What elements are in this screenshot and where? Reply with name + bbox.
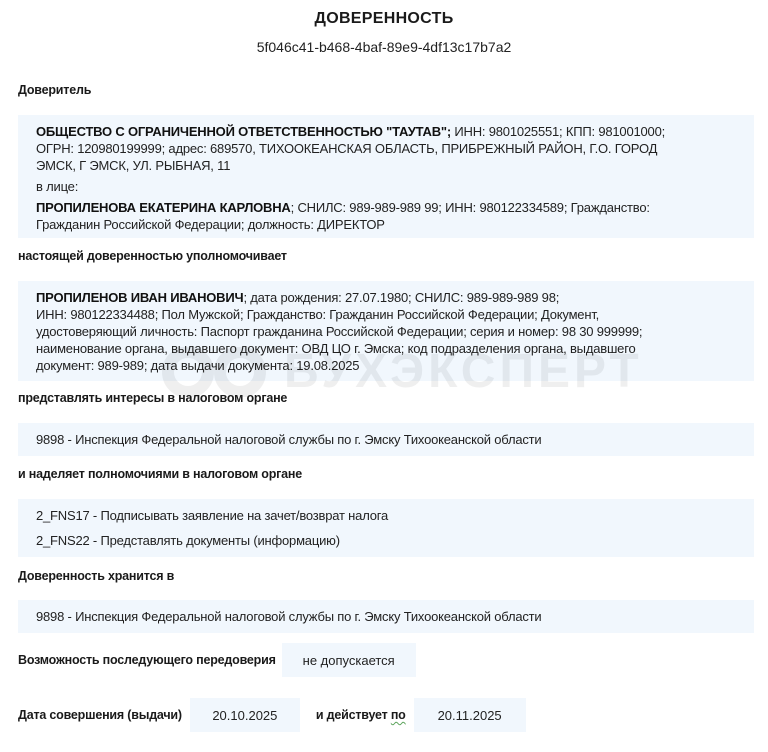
document-id: 5f046c41-b468-4baf-89e9-4df13c17b7a2	[0, 39, 768, 55]
power-item: 2_FNS22 - Представлять документы (информ…	[36, 532, 736, 549]
represent-authority: 9898 - Инспекция Федеральной налоговой с…	[36, 431, 736, 448]
valid-until-label-suffix: по	[391, 708, 406, 722]
principal-org-line: ОБЩЕСТВО С ОГРАНИЧЕННОЙ ОТВЕТСТВЕННОСТЬЮ…	[36, 123, 736, 140]
valid-until-label-prefix: и действует	[316, 708, 391, 722]
representative-line: ПРОПИЛЕНОВ ИВАН ИВАНОВИЧ; дата рождения:…	[36, 289, 736, 306]
powers-box: 2_FNS17 - Подписывать заявление на зачет…	[18, 499, 754, 557]
power-item: 2_FNS17 - Подписывать заявление на зачет…	[36, 507, 736, 524]
representative-details-1: ; дата рождения: 27.07.1980; СНИЛС: 989-…	[243, 290, 559, 305]
issue-date-value: 20.10.2025	[190, 698, 300, 732]
representative-box: ПРОПИЛЕНОВ ИВАН ИВАНОВИЧ; дата рождения:…	[18, 281, 754, 381]
principal-org-name: ОБЩЕСТВО С ОГРАНИЧЕННОЙ ОТВЕТСТВЕННОСТЬЮ…	[36, 124, 451, 139]
principal-org-details-2: ОГРН: 120980199999; адрес: 689570, ТИХОО…	[36, 140, 736, 157]
principal-rep-line: ПРОПИЛЕНОВА ЕКАТЕРИНА КАРЛОВНА; СНИЛС: 9…	[36, 199, 736, 216]
represent-box: 9898 - Инспекция Федеральной налоговой с…	[18, 423, 754, 456]
dates-row: Дата совершения (выдачи) 20.10.2025 и де…	[18, 698, 526, 732]
valid-until-value: 20.11.2025	[414, 698, 526, 732]
represented-by-label: в лице:	[36, 178, 736, 195]
issue-date-label: Дата совершения (выдачи)	[18, 708, 182, 722]
principal-org-details-3: ЭМСК, Г ЭМСК, УЛ. РЫБНАЯ, 11	[36, 157, 736, 174]
stored-authority: 9898 - Инспекция Федеральной налоговой с…	[36, 608, 736, 625]
principal-org-details-1: ИНН: 9801025551; КПП: 981001000;	[451, 124, 665, 139]
principal-rep-details-1: ; СНИЛС: 989-989-989 99; ИНН: 9801223345…	[291, 200, 650, 215]
representative-details-4: наименование органа, выдавшего документ:…	[36, 340, 736, 357]
authorizes-label: настоящей доверенностью уполномочивает	[18, 249, 287, 263]
principal-box: ОБЩЕСТВО С ОГРАНИЧЕННОЙ ОТВЕТСТВЕННОСТЬЮ…	[18, 115, 754, 238]
principal-rep-name: ПРОПИЛЕНОВА ЕКАТЕРИНА КАРЛОВНА	[36, 200, 291, 215]
representative-name: ПРОПИЛЕНОВ ИВАН ИВАНОВИЧ	[36, 290, 243, 305]
stored-label: Доверенность хранится в	[18, 569, 174, 583]
valid-until-label: и действует по	[316, 708, 406, 722]
subdelegation-row: Возможность последующего передоверия не …	[18, 643, 416, 677]
stored-box: 9898 - Инспекция Федеральной налоговой с…	[18, 600, 754, 633]
representative-details-3: удостоверяющий личность: Паспорт граждан…	[36, 323, 736, 340]
principal-rep-details-2: Гражданин Российской Федерации; должност…	[36, 216, 736, 233]
subdelegation-label: Возможность последующего передоверия	[18, 653, 276, 667]
subdelegation-value: не допускается	[282, 643, 416, 677]
power-of-attorney-page: ДОВЕРЕННОСТЬ 5f046c41-b468-4baf-89e9-4df…	[0, 0, 768, 752]
representative-details-2: ИНН: 980122334488; Пол Мужской; Гражданс…	[36, 306, 736, 323]
principal-label: Доверитель	[18, 83, 91, 97]
represent-label: представлять интересы в налоговом органе	[18, 391, 287, 405]
representative-details-5: документ: 989-989; дата выдачи документа…	[36, 357, 736, 374]
document-title: ДОВЕРЕННОСТЬ	[0, 10, 768, 28]
powers-label: и наделяет полномочиями в налоговом орга…	[18, 467, 302, 481]
